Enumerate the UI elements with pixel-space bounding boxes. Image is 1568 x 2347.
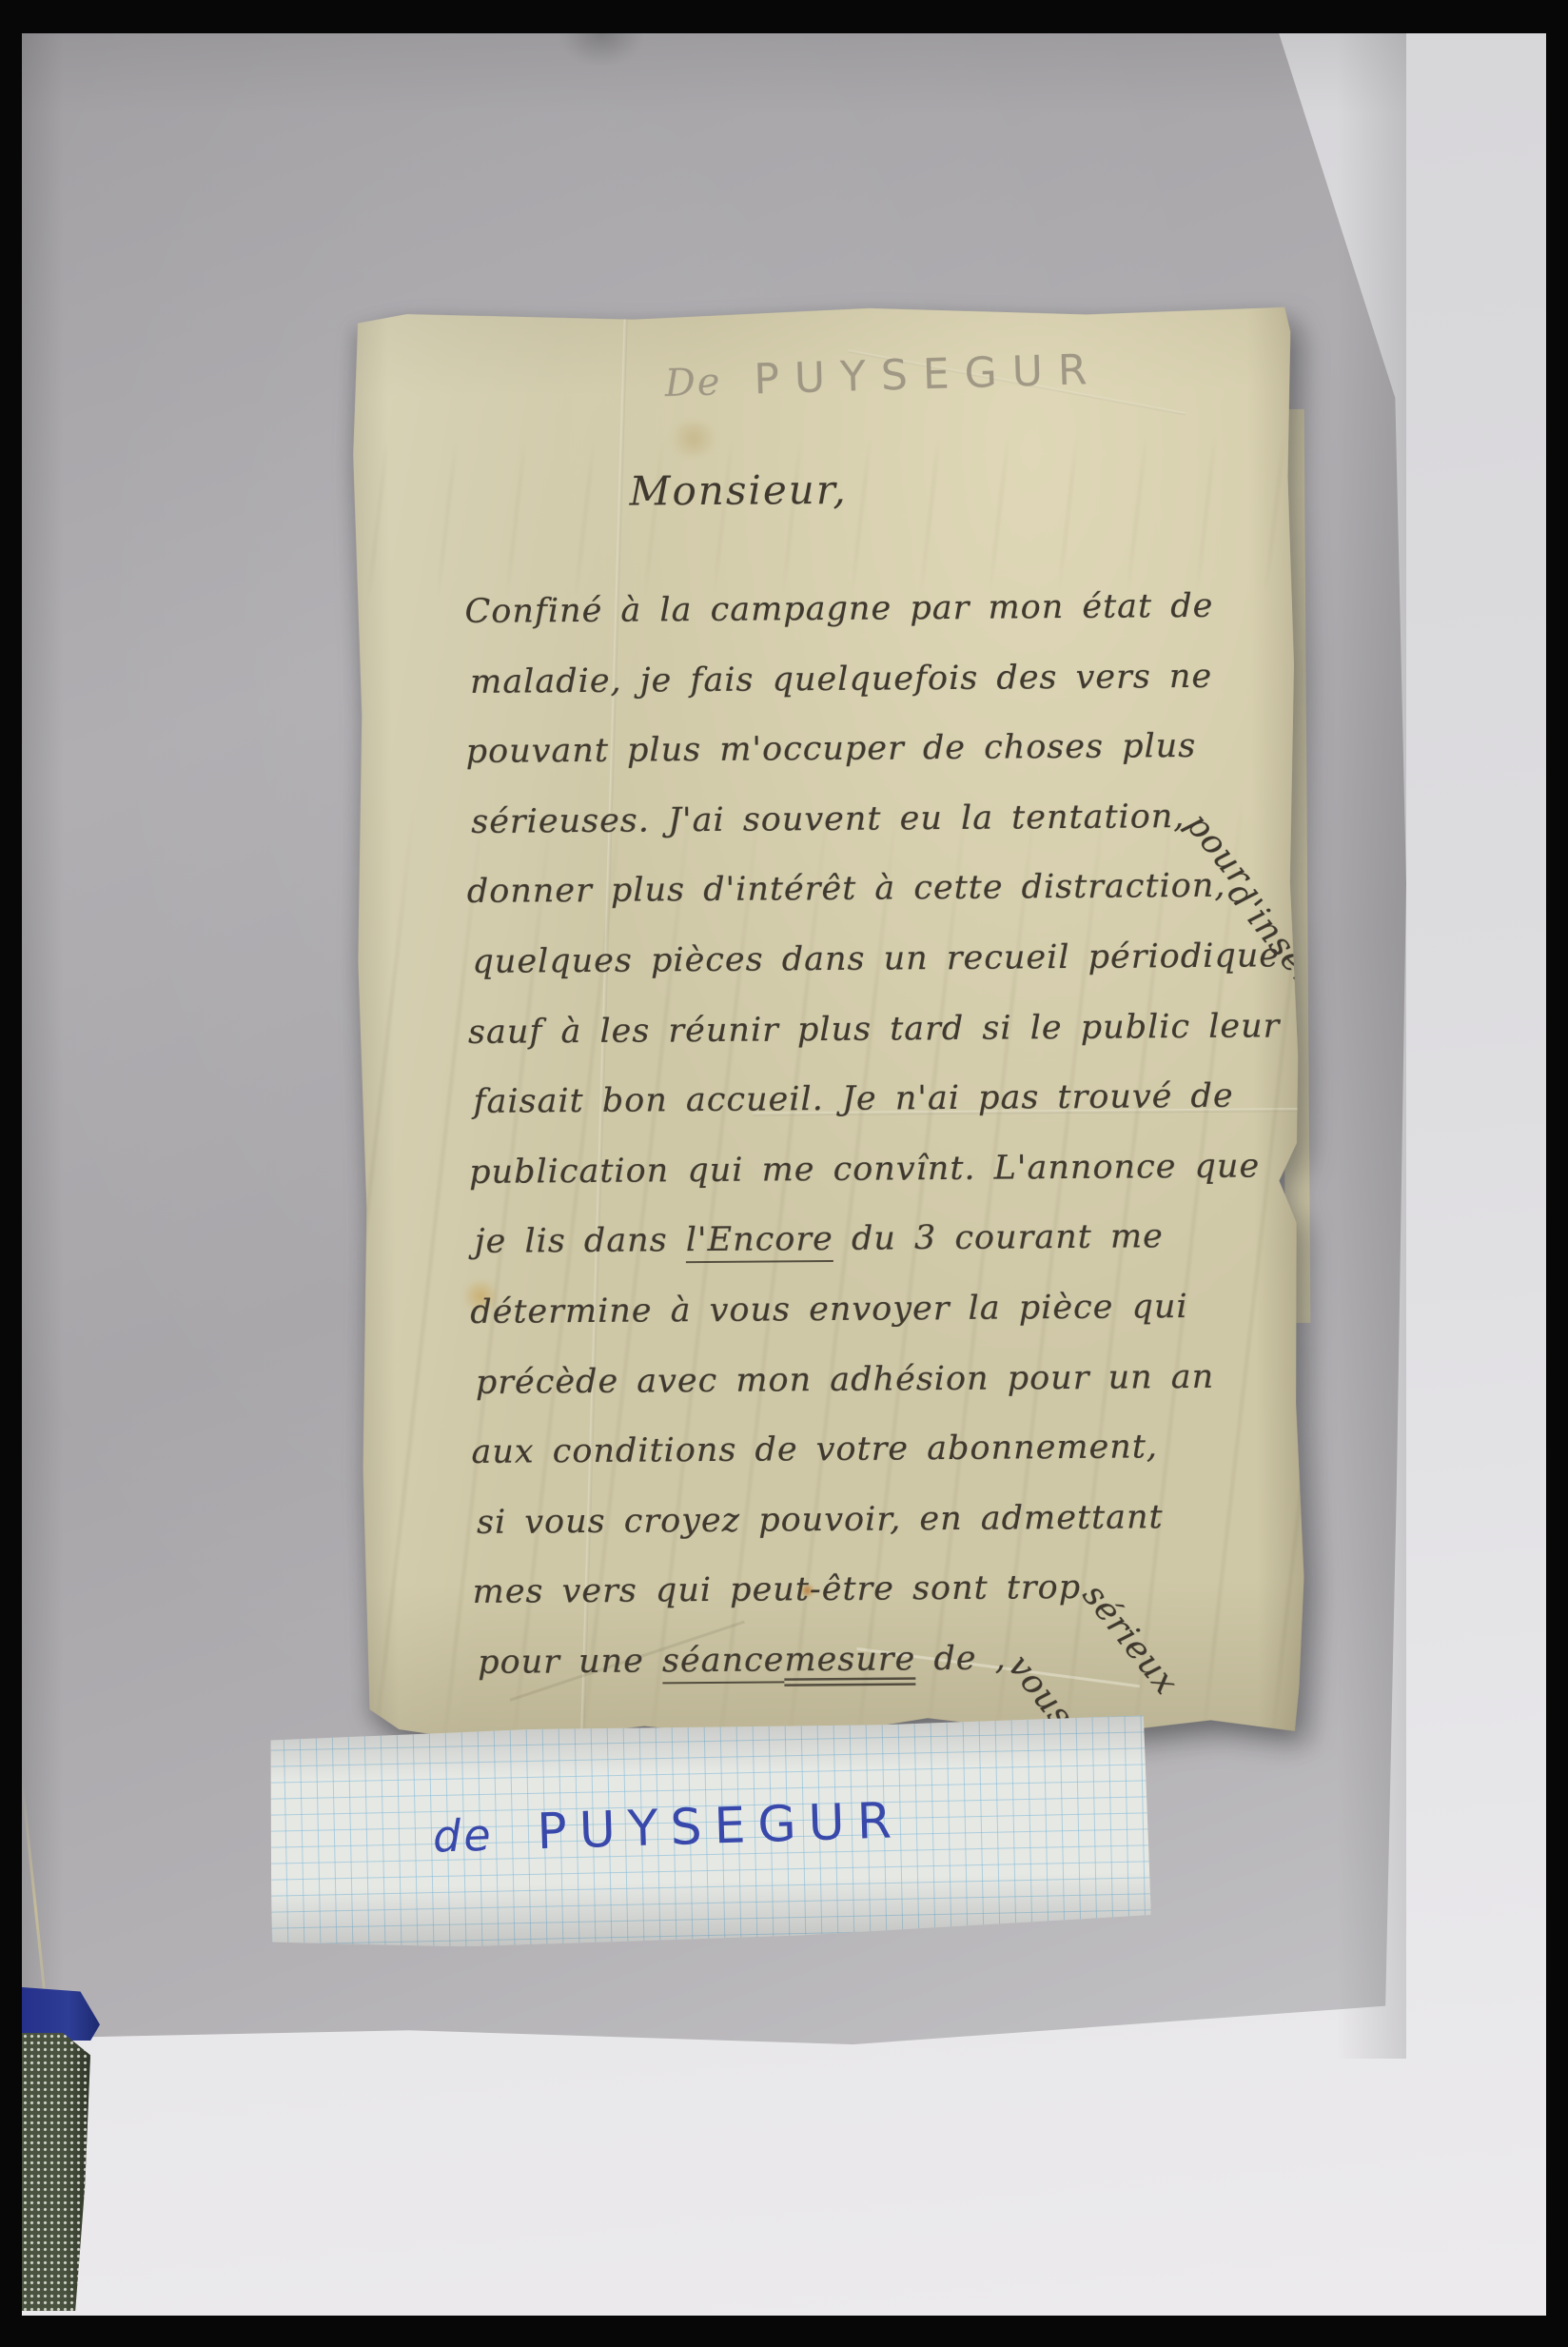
handwriting-segment: de xyxy=(915,1640,995,1679)
handwriting-segment: mesure xyxy=(784,1640,915,1686)
letter-line: sauf à les réunir plus tard si le public… xyxy=(468,1007,1291,1083)
label-prefix: de xyxy=(432,1809,494,1863)
label-text: dePUYSEGUR xyxy=(432,1792,905,1864)
letter-line: faisait bon accueil. Je n'ai pas trouvé … xyxy=(473,1076,1291,1153)
sleeve-thumb-notch xyxy=(559,33,643,66)
letter-line: quelques pièces dans un recueil périodiq… xyxy=(472,937,1290,1013)
handwriting-segment: détermine à vous envoyer la pièce qui xyxy=(470,1288,1188,1331)
handwriting-segment: quelques pièces dans un recueil périodiq… xyxy=(472,937,1280,981)
letter-line: maladie, je fais quelquefois des vers ne xyxy=(470,657,1288,733)
letter-line: précède avec mon adhésion pour un an xyxy=(476,1357,1294,1433)
letter-line: publication qui me convînt. L'annonce qu… xyxy=(469,1147,1292,1223)
handwriting-segment: sérieuses. J'ai souvent eu la tentation, xyxy=(471,798,1185,841)
handwriting-segment: précède avec mon adhésion pour un an xyxy=(476,1357,1215,1401)
letter-page: DePUYSEGUR Monsieur, Confiné à la campag… xyxy=(350,303,1305,1759)
letter-line: donner plus d'intérêt à cette distractio… xyxy=(467,867,1290,943)
letter-line: mes vers qui peut-être sont tropsérieux xyxy=(472,1567,1295,1643)
letter-line: sérieuses. J'ai souvent eu la tentation,… xyxy=(471,797,1289,873)
handwriting-segment: mes vers qui peut-être sont trop xyxy=(472,1568,1081,1611)
letter-body: Confiné à la campagne par mon état demal… xyxy=(464,586,1295,1713)
pencil-name: PUYSEGUR xyxy=(754,345,1104,404)
letter-line: détermine à vous envoyer la pièce qui xyxy=(470,1287,1293,1363)
salutation: Monsieur, xyxy=(629,466,847,515)
handwriting-segment: pour une xyxy=(478,1642,662,1682)
handwriting-segment: Confiné à la campagne par mon état de xyxy=(464,587,1213,631)
handwriting-segment: maladie, je fais quelquefois des vers ne xyxy=(470,657,1212,700)
letter-line: aux conditions de votre abonnement, xyxy=(471,1427,1294,1503)
label-name: PUYSEGUR xyxy=(537,1792,905,1861)
handwriting-segment: si vous croyez pouvoir, en admettant xyxy=(477,1498,1164,1542)
handwriting-segment: l'Encore xyxy=(686,1220,833,1263)
letter-line: pouvant plus m'occuper de choses plus xyxy=(466,726,1289,802)
letter-line: Confiné à la campagne par mon état de xyxy=(464,586,1287,662)
pencil-inscription: DePUYSEGUR xyxy=(664,345,1103,406)
handwriting-segment: publication qui me convînt. L'annonce qu… xyxy=(469,1147,1260,1192)
handwriting-segment: sauf à les réunir plus tard si le public… xyxy=(468,1007,1281,1052)
handwriting-segment: donner plus d'intérêt à cette distractio… xyxy=(467,867,1226,911)
handwriting-segment: faisait bon accueil. Je n'ai pas trouvé … xyxy=(473,1077,1233,1121)
handwriting-segment: aux conditions de votre abonnement, xyxy=(471,1428,1158,1471)
handwriting-segment: je lis dans xyxy=(475,1222,686,1262)
handwriting-segment: pouvant plus m'occuper de choses plus xyxy=(466,727,1197,771)
paper-stain xyxy=(665,422,722,456)
label-strip: dePUYSEGUR xyxy=(267,1715,1152,1950)
handwriting-segment: séance xyxy=(662,1641,785,1684)
pencil-prefix: De xyxy=(664,360,722,405)
letter-line: je lis dans l'Encore du 3 courant me xyxy=(475,1217,1293,1293)
letter-line: si vous croyez pouvoir, en admettant xyxy=(477,1497,1295,1573)
letter-wrapper: DePUYSEGUR Monsieur, Confiné à la campag… xyxy=(350,303,1305,1759)
handwriting-segment: du 3 courant me xyxy=(833,1218,1164,1259)
photo-of-letter: DePUYSEGUR Monsieur, Confiné à la campag… xyxy=(0,0,1568,2347)
